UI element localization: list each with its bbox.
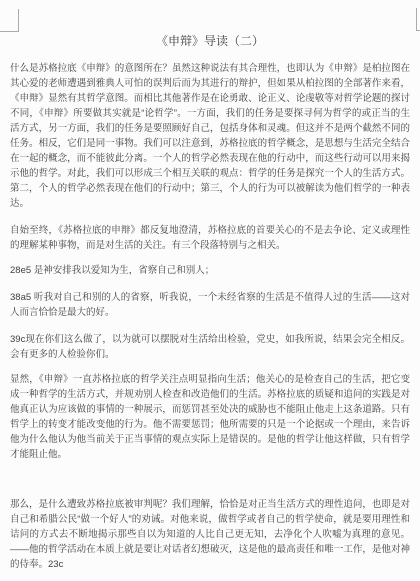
quote-38a5: 38a5 听我对自己和别的人的省察，听我说，一个未经省察的生活是不值得人过的生活… (10, 290, 410, 320)
document-page: 《申辩》导读（二） 什么是苏格拉底《申辩》的意图所在？虽然这种说法有其合理性，也… (0, 0, 420, 581)
document-content: 《申辩》导读（二） 什么是苏格拉底《申辩》的意图所在？虽然这种说法有其合理性，也… (10, 0, 410, 572)
paragraph-intent: 什么是苏格拉底《申辩》的意图所在？虽然这种说法有其合理性，也即认为《申辩》是柏拉… (10, 61, 410, 211)
paragraph-clarify: 自始至终，《苏格拉底的申辩》都反复地澄清，苏格拉底的首要关心的不是去争论、定义或… (10, 223, 410, 253)
paragraph-philosophy-life: 显然，《申辩》一直苏格拉底的哲学关注点明显指向生活；他关心的是检查自己的生活，把… (10, 372, 410, 462)
quote-28e5: 28e5 是神安排我以爱知为生，省察自己和别人； (10, 263, 410, 278)
page-margin-mark-top-right-icon (416, 8, 420, 31)
quote-39c: 39c现在你们这么做了，以为就可以摆脱对生活给出检验，党史，如我所说，结果会完全… (10, 332, 410, 362)
document-title: 《申辩》导读（二） (10, 33, 410, 50)
paragraph-trial-cause: 那么，是什么遭致苏格拉底被审判呢？我们理解，恰恰是对正当生活方式的理性追问，也即… (10, 497, 410, 572)
